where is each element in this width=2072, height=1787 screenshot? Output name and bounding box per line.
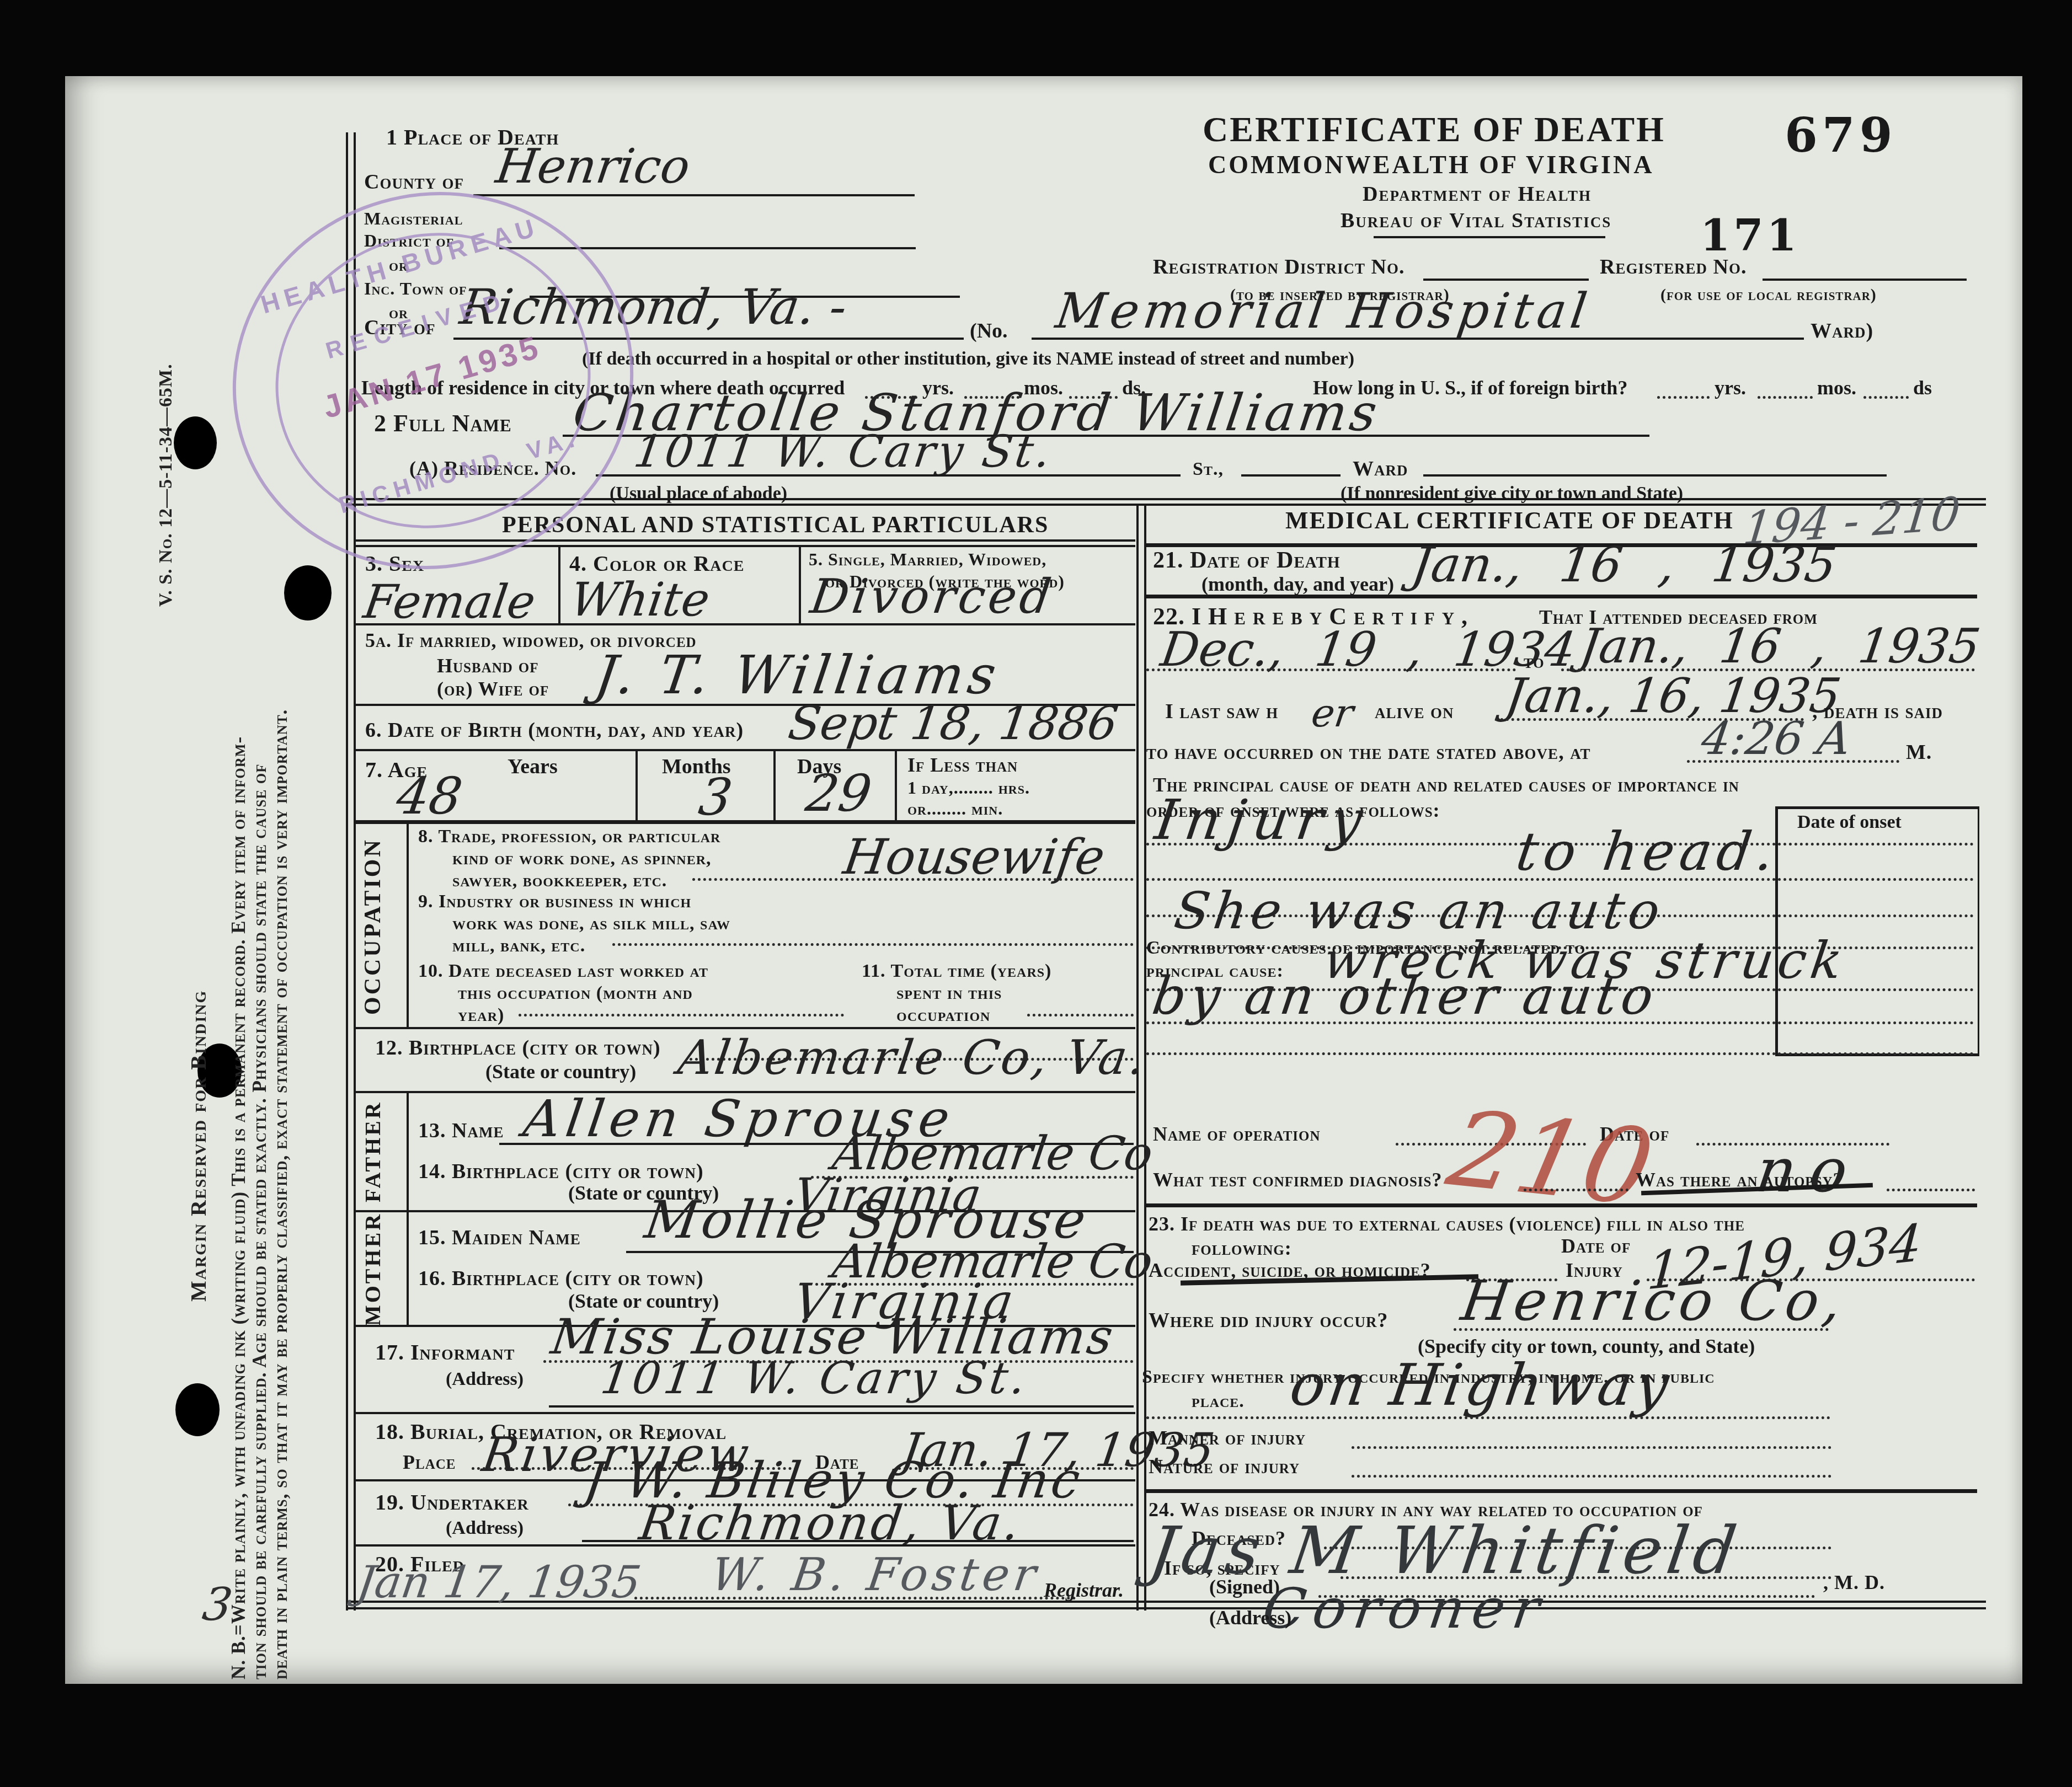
- certificate-title: CERTIFICATE OF DEATH: [1203, 109, 1665, 150]
- manner-label: Manner of injury: [1149, 1426, 1306, 1449]
- external-causes-label-1: 23. If death was due to external causes …: [1149, 1212, 1745, 1235]
- rule: [1144, 595, 1977, 598]
- dotted-line: [1146, 1021, 1974, 1024]
- section-divider: [407, 1212, 409, 1327]
- margin-nb-line1: N. B.=Write plainly, with unfading ink (…: [228, 736, 250, 1679]
- last-worked-label-2: this occupation (month and: [458, 983, 693, 1004]
- yrs-label: yrs.: [1715, 376, 1746, 399]
- occupation-side-label: OCCUPATION: [360, 830, 386, 1023]
- operation-label: Name of operation: [1153, 1122, 1321, 1146]
- undertaker-address-label: (Address): [446, 1518, 524, 1539]
- margin-binding-note: Margin Reserved for Binding: [185, 990, 211, 1302]
- industry-label-1: 9. Industry or business in which: [418, 891, 691, 912]
- where-injury-label: Where did injury occur?: [1149, 1308, 1389, 1333]
- reg-note2: (for use of local registrar): [1660, 286, 1877, 304]
- marital-value: Divorced: [807, 569, 1058, 624]
- ward-line: [1423, 474, 1887, 477]
- section-divider: [407, 822, 409, 1027]
- filed-date-value: Jan 17, 1935: [354, 1556, 644, 1608]
- rule: [356, 1027, 1135, 1029]
- reg-district-line: [1423, 279, 1589, 281]
- punch-hole: [175, 1383, 220, 1436]
- birthplace-sub-label: (State or country): [485, 1060, 636, 1083]
- dotted-line: [1863, 396, 1909, 399]
- if-less-label-2: 1 day,........ hrs.: [907, 778, 1030, 798]
- dotted-line: [1758, 396, 1813, 399]
- undertaker-label: 19. Undertaker: [375, 1489, 529, 1515]
- last-worked-label-1: 10. Date deceased last worked at: [418, 961, 708, 982]
- dotted-line: [1687, 760, 1899, 763]
- informant-address-label: (Address): [446, 1369, 524, 1390]
- certificate-subtitle: COMMONWEALTH OF VIRGINA: [1208, 150, 1654, 179]
- ward-label: Ward): [1811, 319, 1873, 343]
- last-worked-label-3: year): [458, 1005, 504, 1026]
- ward2-label: Ward: [1353, 457, 1408, 481]
- death-time-value: 4:26 A: [1698, 713, 1854, 765]
- total-time-label-2: spent in this: [896, 983, 1002, 1004]
- st-label: St.,: [1193, 459, 1224, 480]
- dob-value: Sept 18, 1886: [785, 696, 1121, 750]
- st-line: [1241, 474, 1341, 477]
- industry-label-2: work was done, as silk mill, saw: [452, 913, 730, 934]
- date-of-death-value: Jan., 16 , 1935: [1408, 536, 1840, 593]
- industry-label-3: mill, bank, etc.: [452, 935, 585, 956]
- cause-line-2: to head.: [1513, 821, 1783, 882]
- father-side-label: FATHER: [360, 1096, 386, 1207]
- specify-label-2: place.: [1192, 1391, 1245, 1412]
- dotted-line: [1352, 1446, 1831, 1449]
- trade-label-1: 8. Trade, profession, or particular: [418, 826, 720, 847]
- occupation-value: Housewife: [840, 828, 1108, 885]
- dotted-line: [519, 1014, 844, 1016]
- nature-label: Nature of injury: [1149, 1455, 1300, 1478]
- mother-name-label: 15. Maiden Name: [418, 1226, 581, 1250]
- total-time-label-3: occupation: [896, 1005, 990, 1026]
- dotted-line: [1027, 1014, 1134, 1016]
- dotted-line: [1146, 1052, 1974, 1055]
- registrar-label: Registrar.: [1044, 1579, 1124, 1602]
- death-certificate-scan: V. S. No. 12—5-11-34—65M. Margin Reserve…: [0, 0, 2072, 1787]
- cell-divider: [895, 751, 897, 820]
- if-less-label-1: If Less than: [907, 753, 1018, 777]
- trade-label-3: sawyer, bookkeeper, etc.: [452, 870, 667, 891]
- birthplace-value: Albemarle Co, Va.: [675, 1030, 1150, 1085]
- rule: [1144, 1489, 1977, 1493]
- date-of-death-sub: (month, day, and year): [1201, 573, 1394, 596]
- certificate-number: 679: [1785, 108, 1897, 163]
- dotted-line: [1146, 878, 1974, 881]
- mos-label: mos.: [1817, 376, 1856, 399]
- rule: [356, 1412, 1135, 1414]
- informant-address-line: [549, 1405, 1134, 1408]
- hospital-note: (If death occurred in a hospital or othe…: [582, 349, 1354, 370]
- injury-date-of-label: Date of: [1561, 1234, 1631, 1258]
- department-label: Department of Health: [1363, 182, 1592, 206]
- signature-address-label: (Address): [1209, 1606, 1291, 1629]
- undertaker-address-line: [582, 1540, 1134, 1542]
- margin-form-code: V. S. No. 12—5-11-34—65M.: [156, 363, 177, 607]
- undertaker-address-value: Richmond, Va.: [636, 1496, 1026, 1551]
- mother-birthplace-label: 16. Birthplace (city or town): [418, 1266, 704, 1291]
- informant-address-value: 1011 W. Cary St.: [597, 1352, 1032, 1404]
- hospital-line: [1032, 338, 1804, 340]
- residence-line: [596, 474, 1181, 477]
- dotted-line: [1657, 396, 1710, 399]
- last-saw-label-1: I last saw h: [1165, 699, 1278, 724]
- registered-number-stamp: 171: [1700, 211, 1800, 261]
- bureau-label: Bureau of Vital Statistics: [1341, 208, 1611, 233]
- race-value: White: [567, 573, 713, 627]
- registered-no-label: Registered No.: [1600, 255, 1747, 279]
- ds-label: ds: [1913, 376, 1932, 399]
- medical-heading: MEDICAL CERTIFICATE OF DEATH: [1285, 506, 1734, 534]
- punch-hole: [174, 416, 217, 469]
- dotted-line: [634, 1597, 1076, 1599]
- age-years-value: 48: [393, 767, 466, 826]
- attended-to-value: Jan., 16 , 1935: [1577, 619, 1984, 674]
- margin-nb-line2: tion should be carefully supplied. Age s…: [249, 763, 271, 1679]
- dotted-line: [1146, 668, 1516, 671]
- section-divider: [407, 1093, 409, 1210]
- wife-of-label: (or) Wife of: [437, 677, 549, 700]
- time-m-label: M.: [1906, 740, 1932, 764]
- coroner-note: Coroner: [1259, 1576, 1552, 1641]
- reg-note1: (to be inserted by registrar): [1230, 286, 1450, 304]
- autopsy-answer: no: [1752, 1135, 1866, 1206]
- red-pencil-annotation: 210: [1439, 1088, 1663, 1229]
- burial-place-label: Place: [403, 1451, 456, 1474]
- birthplace-label: 12. Birthplace (city or town): [375, 1036, 661, 1060]
- margin-nb-line3: death in plain terms, so that it may be …: [270, 709, 292, 1679]
- dotted-line: [1524, 1189, 1628, 1191]
- dotted-line: [612, 943, 1134, 946]
- onset-box-right: [1978, 806, 1979, 1056]
- md-label: , M. D.: [1823, 1571, 1885, 1594]
- total-time-label-1: 11. Total time (years): [862, 961, 1051, 982]
- residence-value: 1011 W. Cary St.: [631, 426, 1056, 477]
- dob-label: 6. Date of Birth (month, day, and year): [365, 718, 744, 742]
- cell-divider: [558, 547, 560, 623]
- test-label: What test confirmed diagnosis?: [1153, 1168, 1443, 1191]
- rule: [1144, 1203, 1977, 1207]
- registered-no-line: [1763, 279, 1967, 281]
- bureau-rule: [1374, 236, 1605, 238]
- father-name-label: 13. Name: [418, 1119, 504, 1143]
- cell-divider: [636, 751, 638, 820]
- rule: [356, 820, 1135, 824]
- dotted-line: [1887, 1189, 1975, 1191]
- onset-box-top: [1775, 806, 1979, 809]
- hospital-no-label: (No.: [970, 319, 1008, 343]
- cell-divider: [799, 547, 801, 623]
- last-saw-label-2: alive on: [1375, 699, 1454, 724]
- cell-divider: [773, 751, 776, 820]
- husband-of-label: Husband of: [437, 654, 539, 677]
- registrar-signature: W. B. Foster: [708, 1549, 1043, 1601]
- father-birthplace-label: 14. Birthplace (city or town): [418, 1159, 704, 1184]
- nonresident-note: (If nonresident give city or town and St…: [1341, 483, 1683, 504]
- if-less-label-3: or........ min.: [907, 799, 1003, 819]
- external-causes-label-2: following:: [1192, 1237, 1292, 1260]
- date-of-onset-label: Date of onset: [1797, 812, 1902, 833]
- marital-label-1: 5. Single, Married, Widowed,: [809, 549, 1046, 570]
- mother-side-label: MOTHER: [360, 1216, 386, 1326]
- trade-label-2: kind of work done, as spinner,: [452, 848, 712, 869]
- cause-line-5: by an other auto: [1149, 966, 1661, 1026]
- rule: [356, 1544, 1135, 1547]
- rule: [356, 749, 1135, 751]
- where-injury-value: Henrico Co,: [1457, 1269, 1850, 1333]
- specify-value: on Highway: [1286, 1351, 1676, 1419]
- years-label: Years: [508, 755, 558, 779]
- occurred-label: to have occurred on the date stated abov…: [1146, 740, 1591, 764]
- age-days-value: 29: [802, 764, 875, 823]
- dotted-line: [1352, 1475, 1831, 1478]
- last-saw-er: er: [1309, 691, 1356, 736]
- dotted-line: [1146, 1416, 1830, 1419]
- informant-label: 17. Informant: [375, 1339, 515, 1365]
- rule: [356, 623, 1135, 625]
- date-of-death-label: 21. Date of Death: [1153, 547, 1340, 574]
- registration-district-label: Registration District No.: [1153, 255, 1405, 279]
- dotted-line: [1454, 1328, 1829, 1331]
